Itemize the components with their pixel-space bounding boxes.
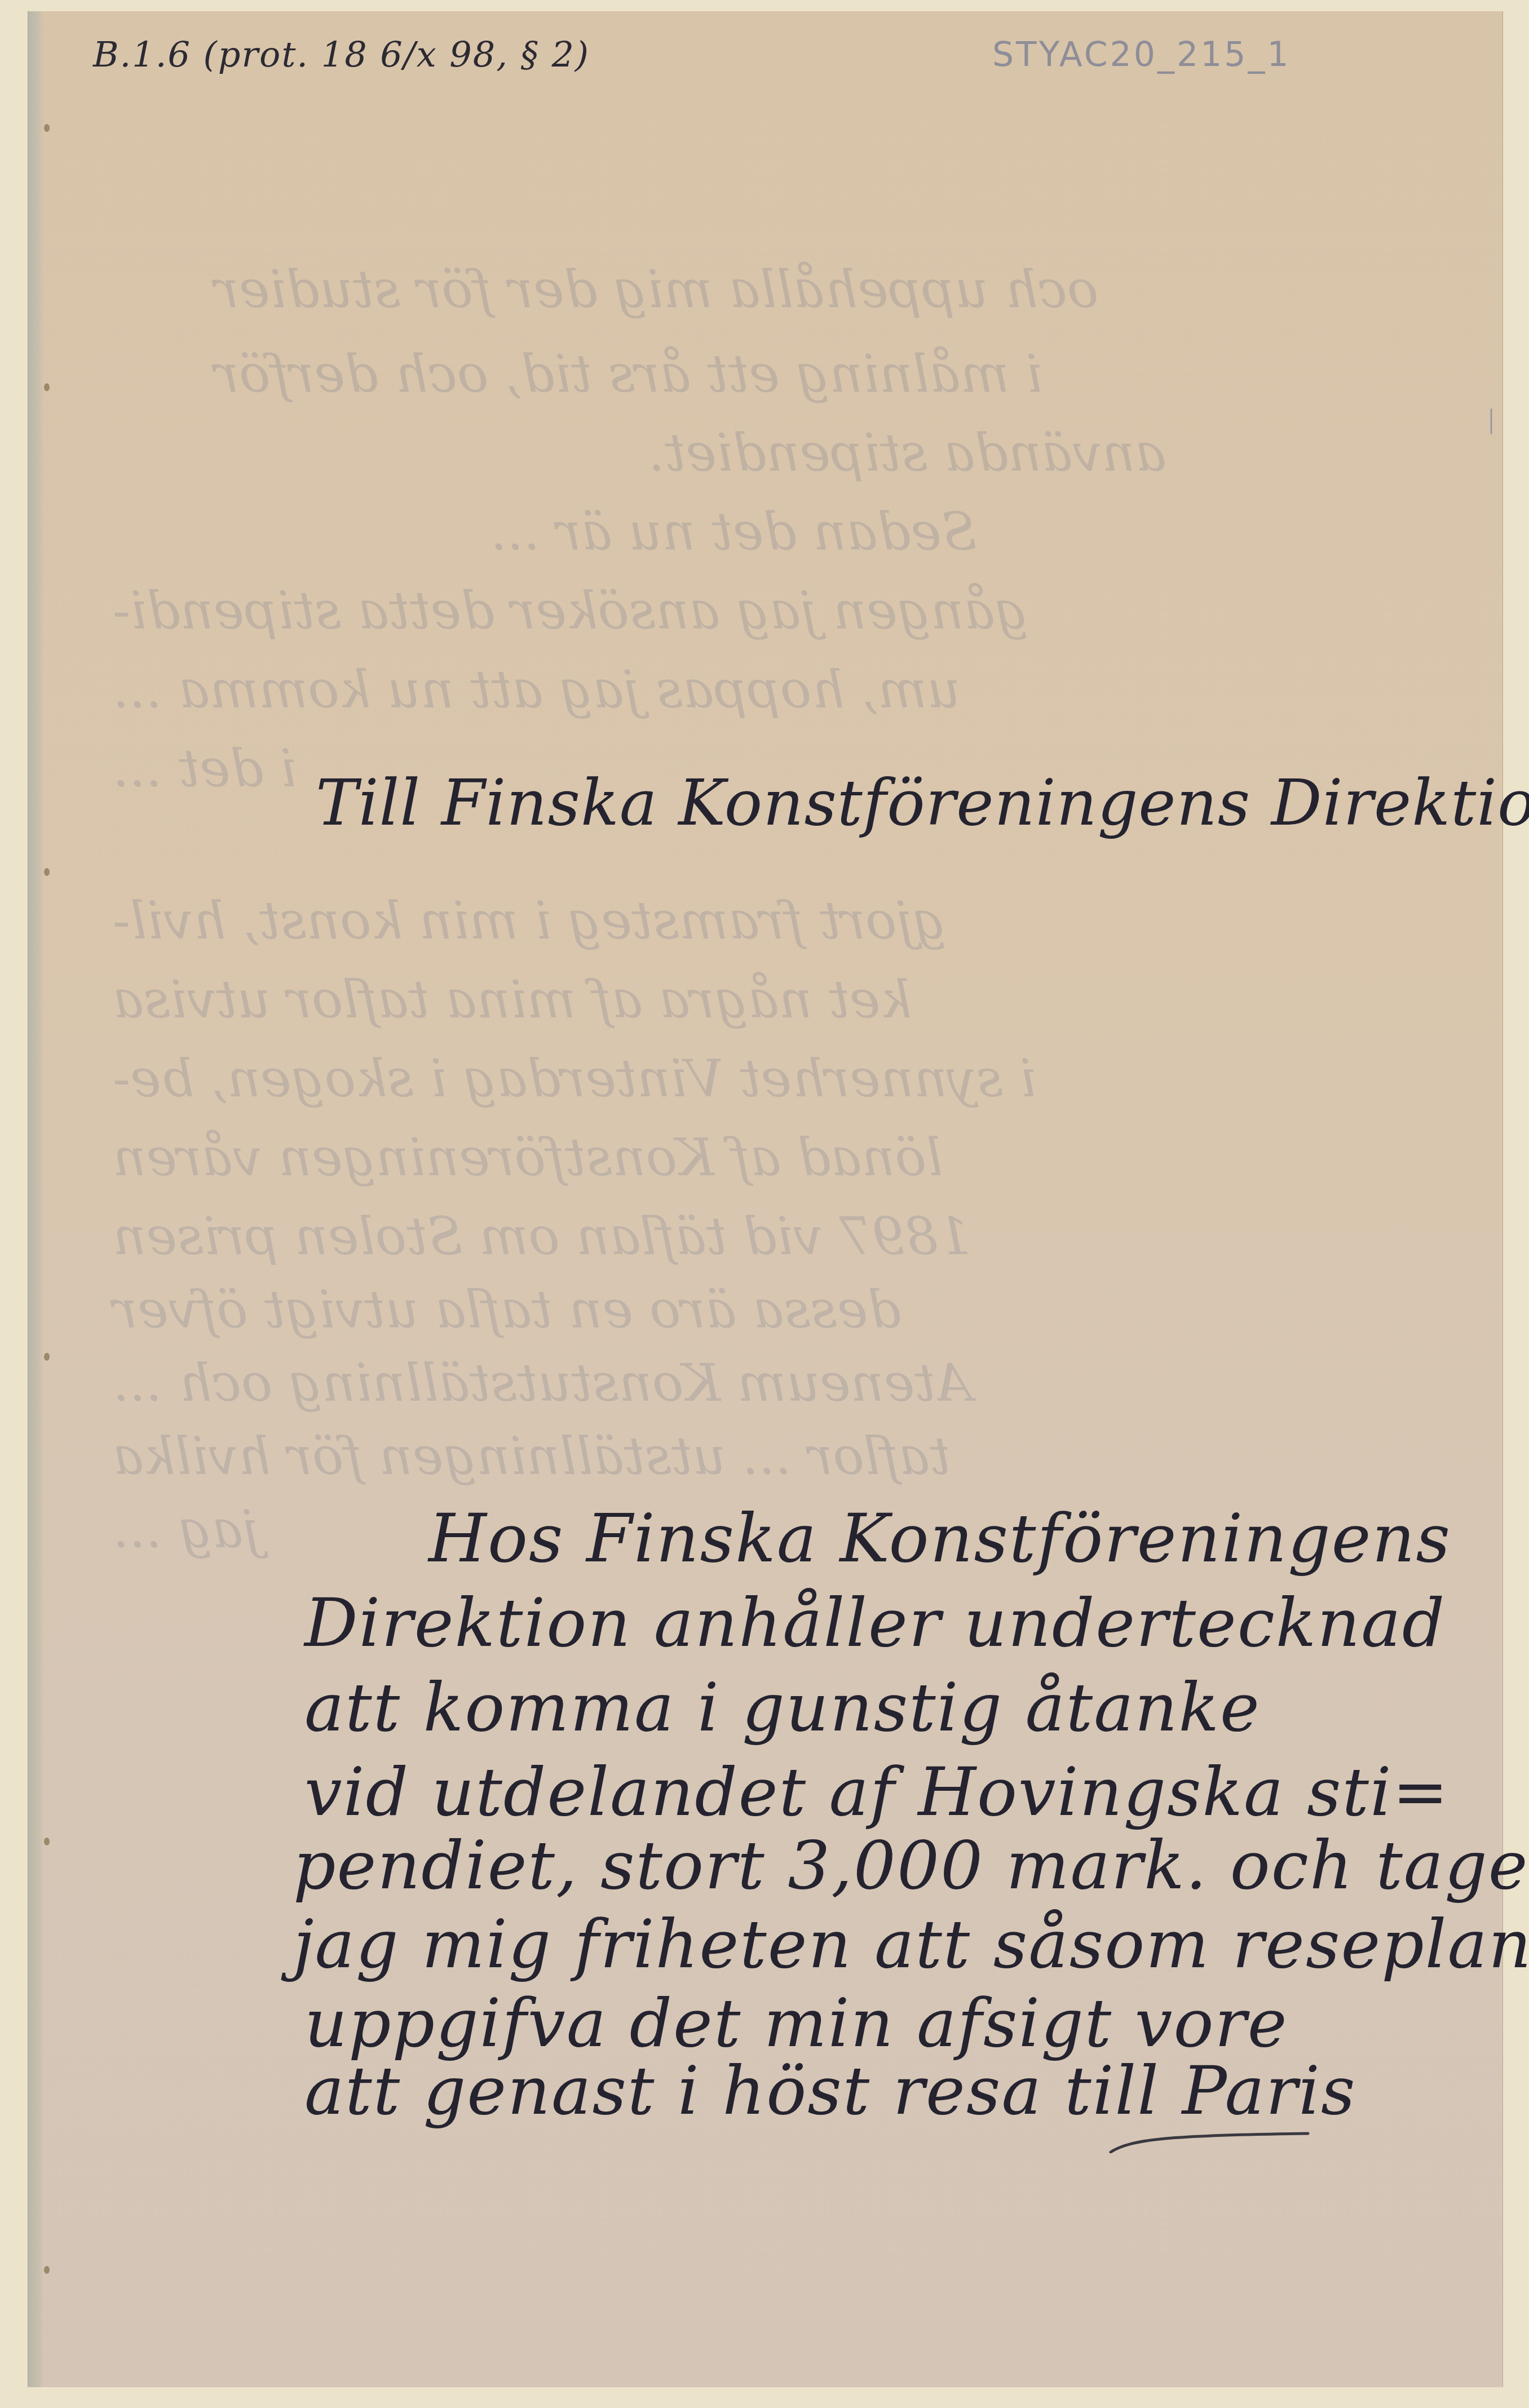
bleed-line: 1897 vid täflan om Stolen prisen: [113, 1206, 971, 1267]
bleed-line: i målning ett års tid, och derför: [214, 344, 1042, 404]
binding-hole-mark: [44, 124, 50, 132]
binding-hole-mark: [44, 2266, 50, 2274]
bleed-line: taflor ... utställningen för hvilka: [113, 1426, 951, 1486]
archive-reference: B.1.6 (prot. 18 6/x 98, § 2): [93, 34, 590, 75]
bleed-line: Ateneum Konstutställning och ...: [113, 1353, 972, 1413]
salutation: Till Finska Konstföreningens Direktion!: [316, 767, 1529, 840]
bleed-line: i synnerhet Vinterdag i skogen, be-: [113, 1048, 1036, 1109]
pencil-mark-icon: [1480, 406, 1503, 440]
body-line: uppgifva det min afsigt vore: [304, 1984, 1288, 2062]
body-line: Direktion anhåller undertecknad: [304, 1584, 1446, 1662]
bleed-line: gången jag ansöker detta stipendi-: [113, 581, 1028, 641]
body-line: vid utdelandet af Hovingska sti=: [304, 1753, 1450, 1831]
body-line: jag mig friheten att såsom reseplan: [293, 1905, 1529, 1983]
binding-hole-mark: [44, 868, 50, 876]
binding-hole-mark: [44, 1838, 50, 1845]
body-line: att komma i gunstig åtanke: [304, 1668, 1261, 1746]
bleed-line: um, hoppas jag att nu komma ...: [113, 659, 960, 720]
body-line: Hos Finska Konstföreningens: [428, 1499, 1451, 1577]
bleed-line: dessa äro en tafla utvigt öfver: [113, 1280, 901, 1340]
bleed-line: lönad af Konstföreningen våren: [113, 1127, 943, 1188]
body-line: att genast i höst resa till Paris: [304, 2052, 1356, 2130]
closing-flourish-icon: [1108, 2131, 1311, 2153]
bleed-line: i det ...: [113, 738, 297, 799]
bleed-line: Sedan det nu är ...: [490, 502, 977, 562]
bleed-line: använda stipendiet.: [648, 423, 1166, 483]
catalog-id-pencil: STYAC20_215_1: [992, 35, 1291, 74]
bleed-line: gjort framsteg i min konst, hvil-: [113, 891, 946, 951]
bleed-line: jag ...: [113, 1499, 259, 1560]
body-line: pendiet, stort 3,000 mark. och tager: [293, 1826, 1529, 1904]
torn-left-edge: [28, 11, 44, 2387]
binding-hole-mark: [44, 1353, 50, 1361]
bleed-line: och uppehålla mig der för studier: [214, 259, 1098, 320]
bleed-line: ket några af mina taflor utvisa: [113, 970, 912, 1030]
binding-hole-mark: [44, 383, 50, 391]
